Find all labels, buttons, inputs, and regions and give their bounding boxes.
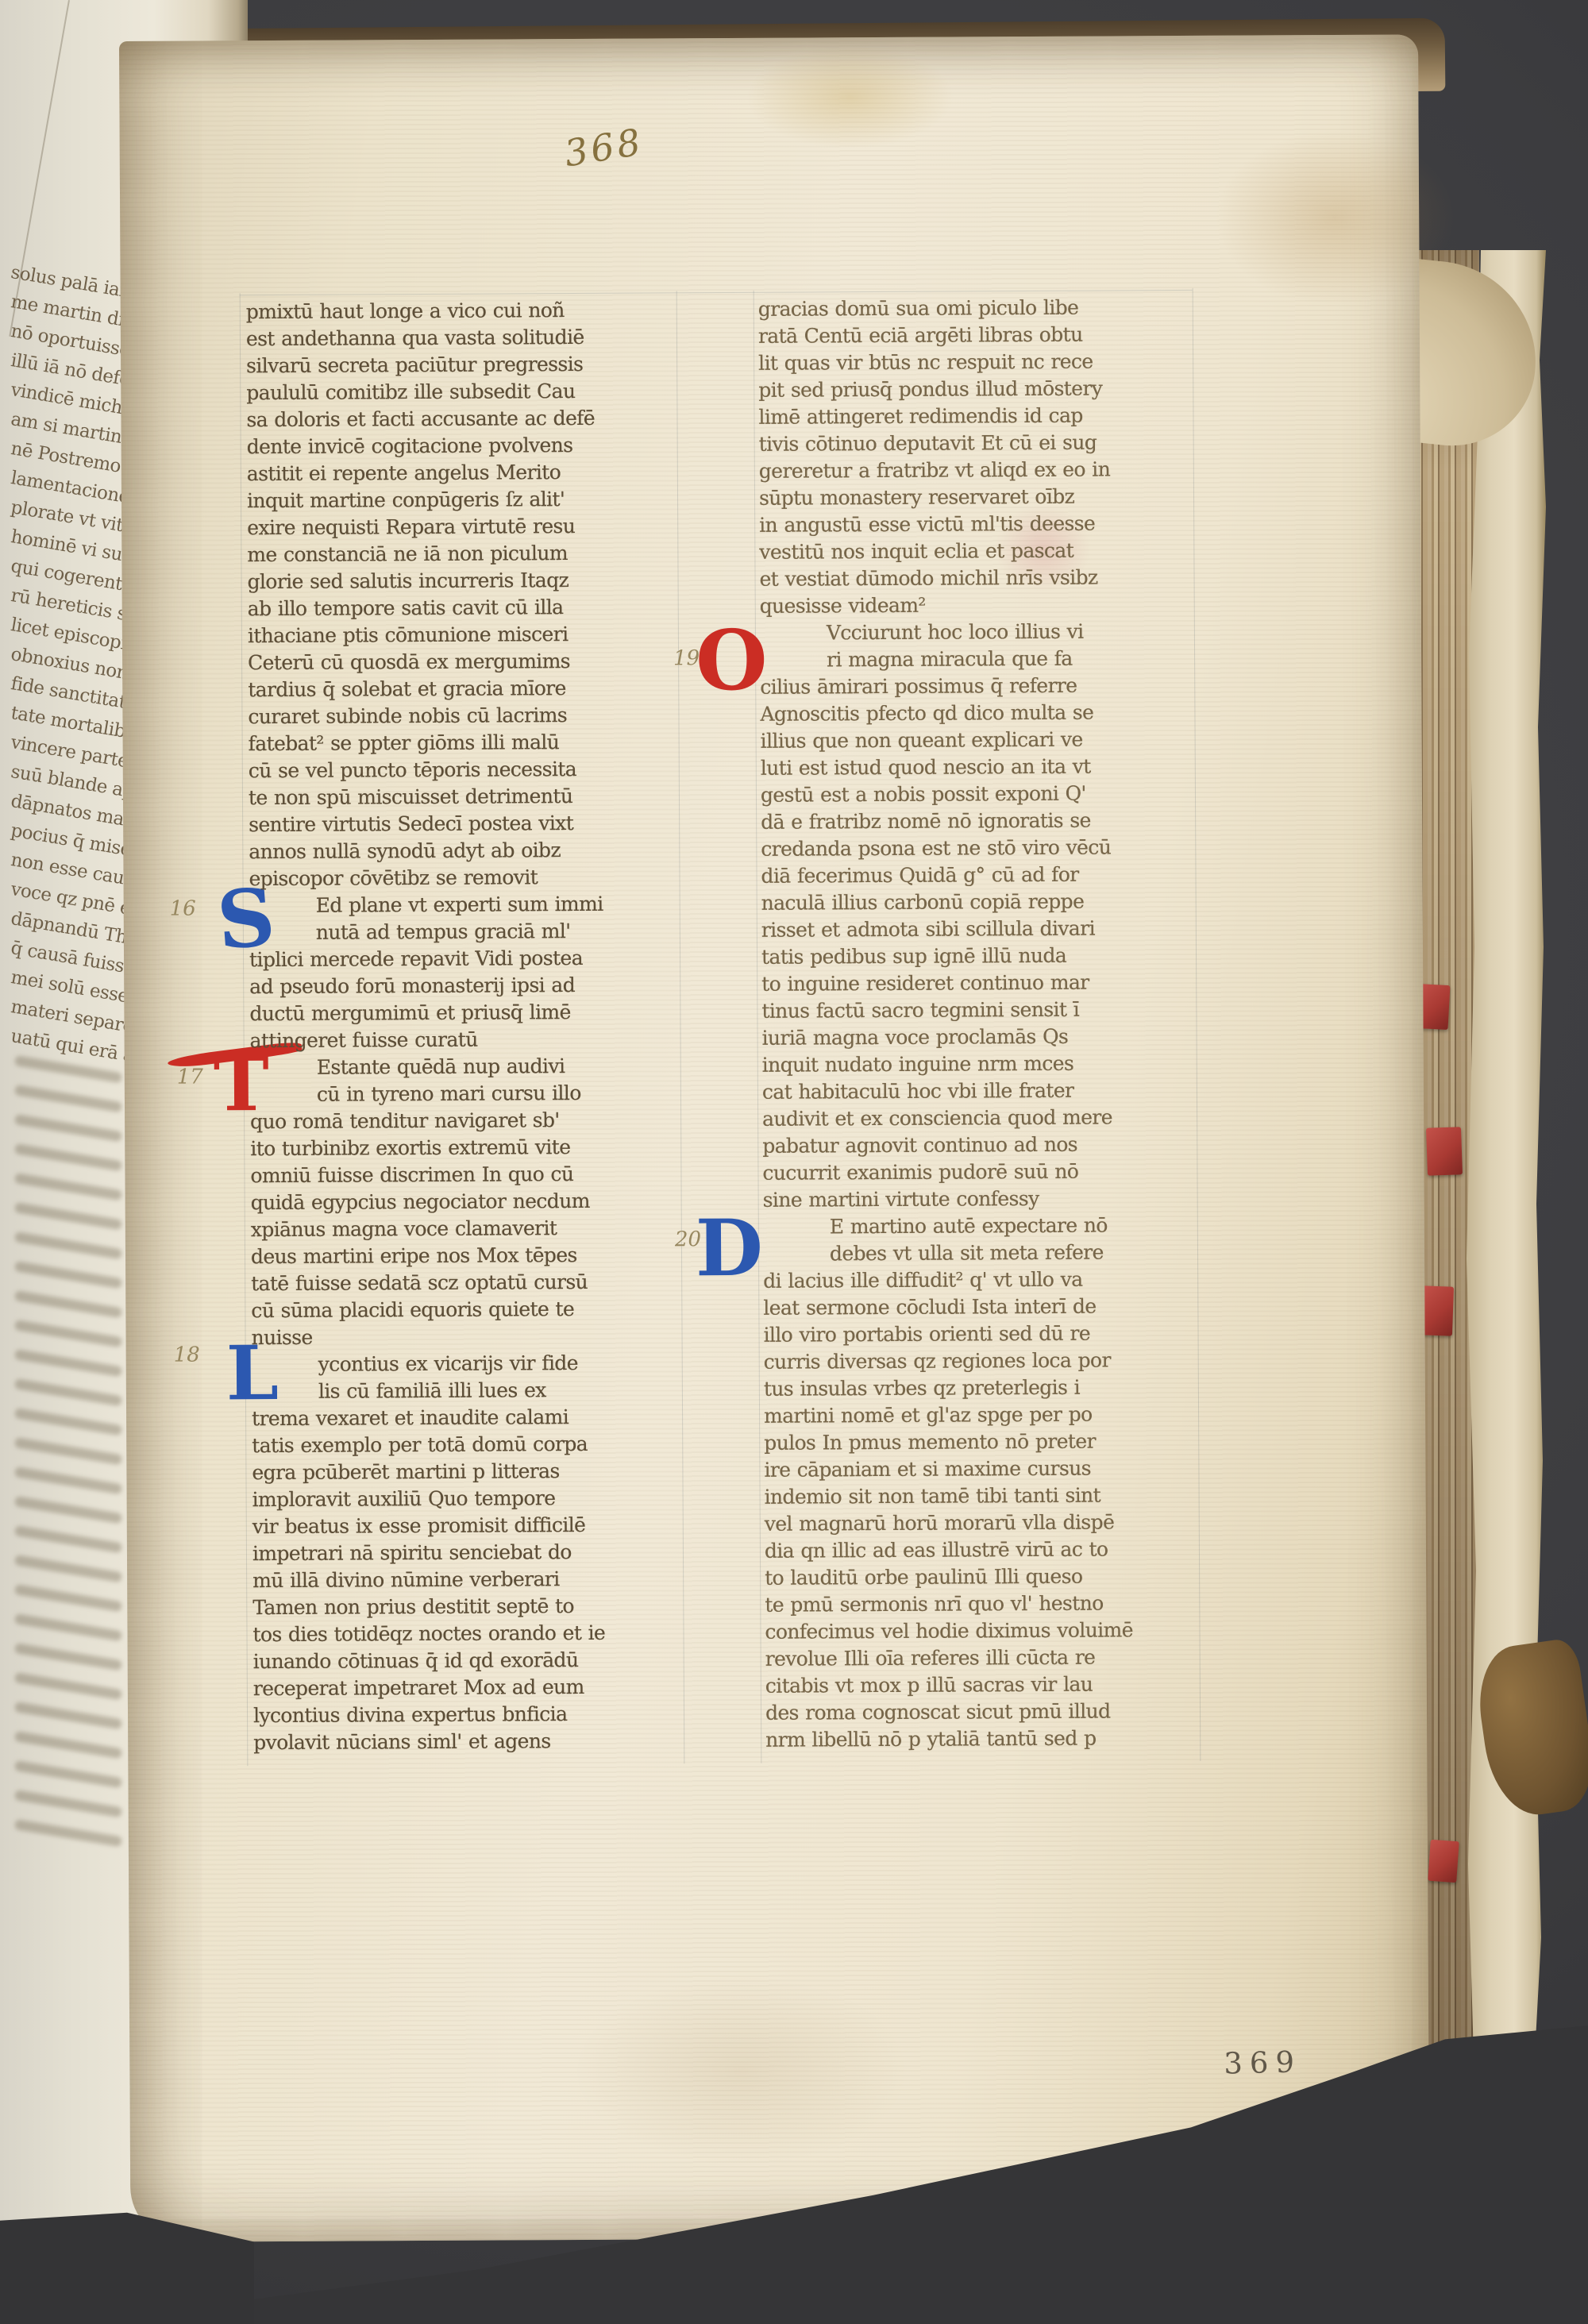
facing-text-blur-line (14, 1290, 122, 1318)
text-line: Ceterū cū quosdā ex mergumims (248, 647, 689, 676)
manuscript-photo: solus palā iam snūa ime martin dispuaren… (0, 0, 1588, 2324)
facing-text-blur-line (14, 1790, 122, 1817)
text-line: impetrari nā spiritu senciebat do (252, 1538, 694, 1567)
text-line: debes vt ulla sit meta refere (763, 1239, 1204, 1268)
facing-text-blur-line (14, 1702, 122, 1729)
text-line: tinus factū sacro tegmini sensit ī (761, 996, 1203, 1025)
text-line: sa doloris et facti accusante ac defē (246, 404, 688, 434)
facing-text-blur-line (14, 1320, 122, 1347)
facing-text-blur-line (14, 1437, 122, 1465)
text-line: tivis cōtinuo deputavit Et cū ei sug (759, 429, 1201, 458)
text-line: vir beatus ix esse promisit difficilē (252, 1511, 694, 1540)
text-line: luti est istud quod nescio an ita vt (761, 753, 1202, 782)
text-line: dente invicē cogitacione pvolvens (247, 431, 688, 461)
text-line: curris diversas qz regiones loca por (764, 1347, 1205, 1376)
facing-text-blur-line (14, 1173, 122, 1201)
text-line: curaret subinde nobis cū lacrims (248, 701, 689, 730)
text-line: omniū fuisse discrimen In quo cū (250, 1160, 692, 1189)
text-line: cū se vel puncto tēporis necessita (249, 755, 690, 784)
text-line: nrm libellū nō p ytaliā tantū sed p (765, 1725, 1207, 1754)
text-line: lis cū familiā illi lues ex (252, 1376, 693, 1405)
text-column-right: gracias domū sua omi piculo liberatā Cen… (758, 294, 1208, 1754)
text-line: quesisse videam² (760, 591, 1201, 620)
text-line: te non spū miscuisset detrimentū (249, 782, 690, 811)
text-line: me constanciā ne iā non piculum (247, 539, 688, 568)
text-line: audivit et ex consciencia quod mere (762, 1104, 1204, 1133)
folio-number-stamped: 369 (1224, 2045, 1302, 2080)
text-column-left: pmixtū haut longe a vico cui noñest ande… (246, 296, 696, 1756)
text-line: nutā ad tempus graciā ml' (249, 917, 691, 946)
text-line: xpiānus magna voce clamaverit (251, 1214, 692, 1243)
text-line: martini nomē et gl'az spge per po (764, 1401, 1205, 1430)
text-line: pit sed priusq̄ pondus illud mōstery (758, 375, 1200, 404)
text-line: deus martini eripe nos Mox tēpes (251, 1241, 692, 1270)
text-line: ratā Centū eciā argēti libras obtu (758, 321, 1200, 350)
text-line: dia qn illic ad eas illustrē virū ac to (765, 1536, 1206, 1565)
text-line: cucurrit exanimis pudorē suū nō (762, 1158, 1204, 1187)
text-line: Ed plane vt experti sum immi (249, 890, 691, 919)
text-line: sentire virtutis Sedecī postea vixt (249, 809, 690, 838)
text-line: receperat impetraret Mox ad eum (253, 1673, 695, 1702)
text-line: tus insulas vrbes qz preterlegis i (764, 1374, 1205, 1403)
text-line: pvolavit nūcians siml' et agens (253, 1727, 695, 1756)
text-line: exire nequisti Repara virtutē resu (247, 512, 688, 541)
red-bookmark-tab (1420, 1285, 1454, 1335)
facing-text-blur-line (14, 1584, 122, 1612)
text-line: egra pcūberēt martini p litteras (252, 1457, 693, 1486)
text-line: naculā illius carbonū copiā reppe (761, 888, 1203, 917)
facing-text-blur-line (14, 1613, 122, 1641)
facing-text-blur-line (14, 1731, 122, 1759)
facing-text-blur-line (14, 1496, 122, 1524)
facing-text-blur-line (14, 1760, 122, 1788)
text-line: risset et admota sibi scillula divari (761, 915, 1203, 944)
text-line: nuisse (251, 1322, 692, 1351)
text-line: silvarū secreta paciūtur pregressis (246, 350, 688, 380)
text-line: Vcciurunt hoc loco illius vi (760, 618, 1201, 647)
text-line: diā fecerimus Quidā g° cū ad for (761, 861, 1202, 890)
facing-text-blur-line (14, 1231, 122, 1259)
facing-text-blur-line (14, 1672, 122, 1700)
parchment-stain (574, 1975, 908, 2167)
text-line: illius que non queant explicari ve (761, 726, 1202, 755)
facing-text-blur-line (14, 1466, 122, 1494)
text-line: ri magna miracula que fa (760, 645, 1201, 674)
text-line: credanda psona est ne stō viro vēcū (761, 834, 1202, 863)
text-line: pabatur agnovit continuo ad nos (762, 1131, 1204, 1160)
text-line: ductū mergumimū et priusq̄ limē (249, 998, 691, 1027)
facing-text-blur-line (14, 1819, 122, 1847)
folio-number-handwritten: 368 (561, 120, 646, 175)
text-line: vestitū nos inquit eclia et pascat (759, 537, 1201, 566)
text-line: to lauditū orbe paulinū Illi queso (765, 1563, 1206, 1592)
red-bookmark-tab (1426, 1127, 1463, 1175)
facing-text-blur-line (14, 1643, 122, 1671)
red-bookmark-tab (1428, 1840, 1459, 1883)
text-line: te pmū sermonis nrī quo vl' hestno (765, 1590, 1206, 1619)
text-line: in angustū esse victū ml'tis deesse (759, 510, 1201, 539)
margin-section-number: 18 (174, 1343, 200, 1366)
text-line: annos nullā synodū adyt ab oibz (249, 836, 690, 865)
text-line: tos dies totidēqz noctes orando et ie (252, 1619, 694, 1648)
facing-text-blur-line (14, 1349, 122, 1377)
margin-section-number: 17 (177, 1065, 203, 1089)
text-line: leat sermone cōcludi Ista interī de (763, 1293, 1204, 1322)
text-line: fatebat² se ppter giōms illi malū (249, 728, 690, 757)
facing-text-blur-line (14, 1378, 122, 1406)
text-line: est andethanna qua vasta solitudiē (246, 323, 688, 353)
text-line: to inguine resideret continuo mar (761, 969, 1203, 998)
text-line: cilius āmirari possimus q̄ referre (760, 672, 1201, 701)
facing-text-blur-line (14, 1261, 122, 1289)
text-line: paululū comitibz ille subsedit Cau (246, 377, 688, 407)
text-line: di lacius ille diffudit² q' vt ullo va (763, 1266, 1204, 1295)
text-line: ire cāpaniam et si maxime cursus (764, 1455, 1205, 1484)
text-line: gracias domū sua omi piculo libe (758, 294, 1200, 323)
text-line: ab illo tempore satis cavit cū illa (248, 593, 689, 622)
text-line: Estante quēdā nup audivi (250, 1052, 692, 1081)
text-line: confecimus vel hodie diximus voluimē (765, 1617, 1206, 1646)
text-line: inquit nudato inguine nrm mces (762, 1050, 1204, 1079)
text-line: citabis vt mox p illū sacras vir lau (765, 1671, 1207, 1700)
facing-text-blur-line (14, 1525, 122, 1553)
margin-section-number: 16 (170, 897, 196, 921)
text-line: cū sūma placidi equoris quiete te (251, 1295, 692, 1324)
text-line: limē attingeret redimendis id cap (758, 402, 1200, 431)
text-line: revolue Illi oīa referes illi cūcta re (765, 1644, 1207, 1673)
text-line: gestū est a nobis possit exponi Q' (761, 780, 1202, 809)
text-line: ycontius ex vicarijs vir fide (252, 1349, 693, 1378)
text-line: dā e fratribz nomē nō ignoratis se (761, 807, 1202, 836)
text-line: vel magnarū horū morarū vlla dispē (765, 1509, 1206, 1538)
text-line: Tamen non prius destitit septē to (252, 1592, 694, 1621)
text-line: lycontius divina expertus bnficia (253, 1700, 695, 1729)
text-line: tatis pedibus sup ignē illū nuda (761, 942, 1203, 971)
text-line: ito turbinibz exortis extremū vite (250, 1133, 692, 1162)
text-line: ithaciane ptis cōmunione misceri (248, 620, 689, 649)
text-line: attingeret fuisse curatū (250, 1025, 692, 1054)
text-line: illo viro portabis orienti sed dū re (763, 1320, 1204, 1349)
facing-text-blur-line (14, 1114, 122, 1142)
text-line: tardius q̄ solebat et gracia mīore (248, 674, 689, 703)
text-line: pmixtū haut longe a vico cui noñ (246, 296, 688, 326)
text-line: glorie sed salutis incurreris Itaqz (247, 566, 688, 595)
facing-text-blur-line (14, 1143, 122, 1171)
facing-text-blur-line (14, 1202, 122, 1230)
text-line: Agnoscitis pfecto qd dico multa se (760, 699, 1201, 728)
facing-text-blur-line (14, 1408, 122, 1436)
text-line: lit quas vir btūs nc respuit nc rece (758, 348, 1200, 377)
text-line: sine martini virtute confessy (763, 1185, 1204, 1214)
illuminated-initial-D: D (696, 1210, 763, 1288)
text-line: astitit ei repente angelus Merito (247, 458, 688, 488)
text-line: imploravit auxiliū Quo tempore (252, 1484, 694, 1513)
text-line: tiplici mercede repavit Vidi postea (249, 944, 691, 973)
text-line: tatis exemplo per totā domū corpa (252, 1430, 693, 1459)
text-line: inquit martine conpūgeris ſz alit' (247, 485, 688, 515)
text-line: quo romā tenditur navigaret sb' (250, 1106, 692, 1135)
text-line: iuriā magna voce proclamās Qs (761, 1023, 1203, 1052)
text-line: indemio sit non tamē tibi tanti sint (765, 1482, 1206, 1511)
text-line: sūptu monastery reservaret oībz (759, 483, 1201, 512)
facing-text-blur-line (14, 1555, 122, 1582)
text-line: tatē fuisse sedatā scz optatū cursū (251, 1268, 692, 1297)
illuminated-initial-O: O (696, 619, 768, 702)
text-line: quidā egypcius negociator necdum (251, 1187, 692, 1216)
text-line: des roma cognoscat sicut pmū illud (765, 1698, 1207, 1727)
text-line: cat habitaculū hoc vbi ille frater (762, 1077, 1204, 1106)
text-line: et vestiat dūmodo michil nrīs vsibz (759, 564, 1201, 593)
text-line: mū illā divino nūmine verberari (252, 1565, 694, 1594)
text-line: episcopor cōvētibz se removit (249, 863, 690, 892)
parchment-stain (1216, 129, 1455, 306)
facing-text-blur-line (14, 1085, 122, 1112)
text-line: E martino autē expectare nō (763, 1212, 1204, 1241)
manuscript-page: 368 369 16 17 18 19 20 S T L O D pmixtū … (119, 34, 1429, 2242)
text-line: trema vexaret et inaudite calami (252, 1403, 693, 1432)
parchment-stain (746, 45, 954, 149)
text-line: gereretur a fratribz vt aliqd ex eo in (759, 456, 1201, 485)
text-line: cū in tyreno mari cursu illo (250, 1079, 692, 1108)
text-line: iunando cōtinuas q̄ id qd exorādū (253, 1646, 695, 1675)
text-line: ad pseudo forū monasterij ipsi ad (249, 971, 691, 1000)
text-line: pulos In pmus memento nō preter (764, 1428, 1205, 1457)
